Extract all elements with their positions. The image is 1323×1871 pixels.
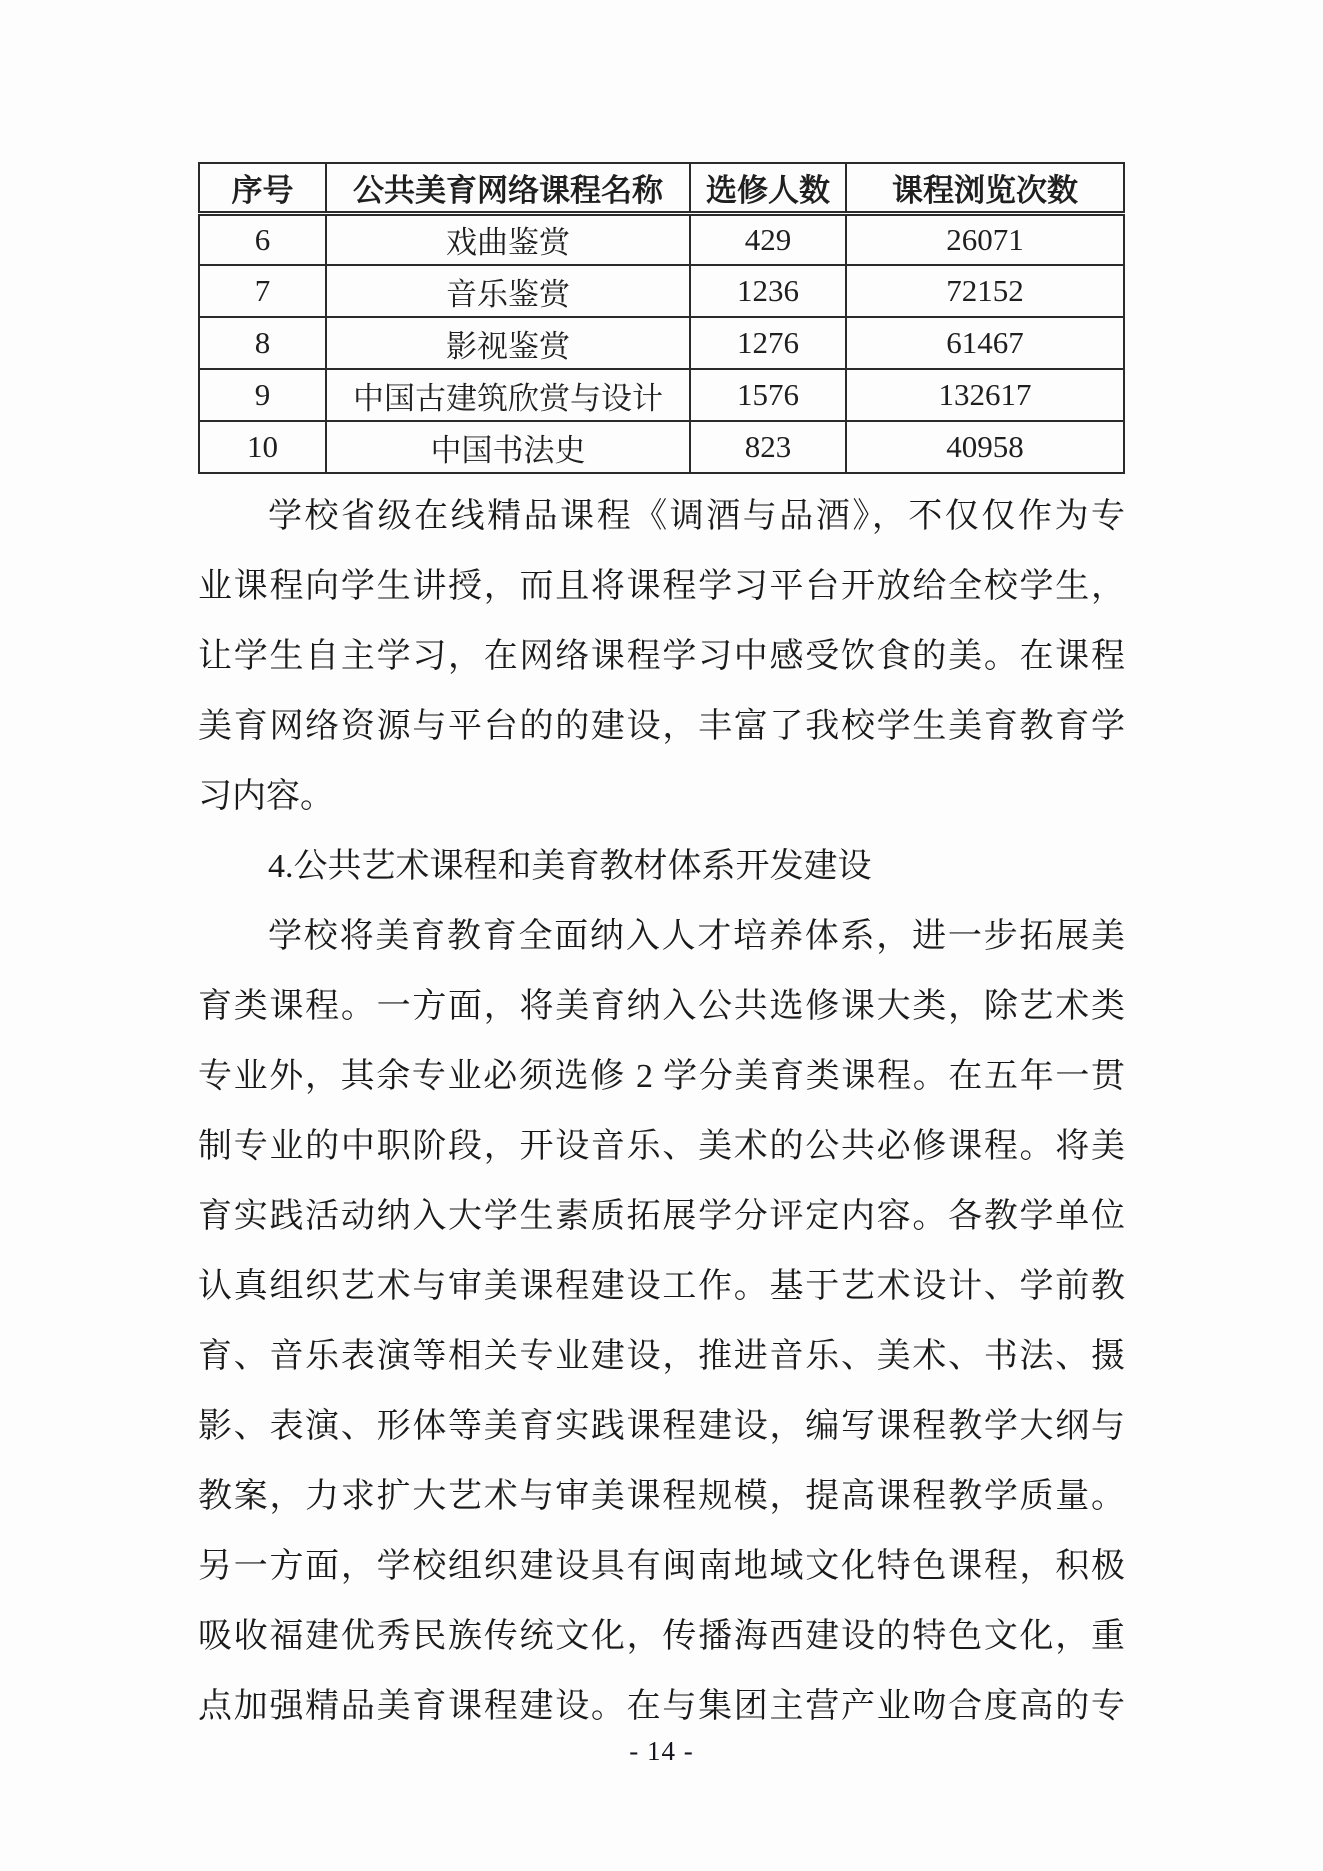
paragraph-line: 美育网络资源与平台的的建设，丰富了我校学生美育教育学 — [198, 692, 1125, 762]
cell-enrolled: 1576 — [690, 369, 846, 421]
cell-index: 7 — [199, 265, 326, 317]
paragraph-line: 育、音乐表演等相关专业建设，推进音乐、美术、书法、摄 — [198, 1322, 1125, 1392]
cell-views: 61467 — [846, 317, 1124, 369]
cell-course-name: 影视鉴赏 — [326, 317, 690, 369]
paragraph-line: 吸收福建优秀民族传统文化，传播海西建设的特色文化，重 — [198, 1602, 1125, 1672]
cell-views: 40958 — [846, 421, 1124, 473]
paragraph-line: 育实践活动纳入大学生素质拓展学分评定内容。各教学单位 — [198, 1182, 1125, 1252]
table-row: 7 音乐鉴赏 1236 72152 — [199, 265, 1124, 317]
document-page: 序号 公共美育网络课程名称 选修人数 课程浏览次数 6 戏曲鉴赏 429 260… — [0, 0, 1323, 1871]
paragraph-line: 认真组织艺术与审美课程建设工作。基于艺术设计、学前教 — [198, 1252, 1125, 1322]
table-row: 8 影视鉴赏 1276 61467 — [199, 317, 1124, 369]
paragraph-line: 习内容。 — [198, 762, 1125, 832]
paragraph-line: 业课程向学生讲授，而且将课程学习平台开放给全校学生， — [198, 552, 1125, 622]
cell-enrolled: 1276 — [690, 317, 846, 369]
paragraph-line: 另一方面，学校组织建设具有闽南地域文化特色课程，积极 — [198, 1532, 1125, 1602]
table-row: 10 中国书法史 823 40958 — [199, 421, 1124, 473]
table-row: 6 戏曲鉴赏 429 26071 — [199, 213, 1124, 265]
paragraph-line: 学校将美育教育全面纳入人才培养体系，进一步拓展美 — [198, 902, 1125, 972]
cell-views: 132617 — [846, 369, 1124, 421]
col-header-index: 序号 — [199, 163, 326, 213]
cell-index: 10 — [199, 421, 326, 473]
cell-enrolled: 429 — [690, 213, 846, 265]
page-number: - 14 - — [0, 1736, 1323, 1767]
cell-course-name: 中国古建筑欣赏与设计 — [326, 369, 690, 421]
paragraph-line: 点加强精品美育课程建设。在与集团主营产业吻合度高的专 — [198, 1672, 1125, 1742]
aesthetic-courses-table: 序号 公共美育网络课程名称 选修人数 课程浏览次数 6 戏曲鉴赏 429 260… — [198, 162, 1125, 474]
cell-views: 72152 — [846, 265, 1124, 317]
paragraph-line: 学校省级在线精品课程《调酒与品酒》，不仅仅作为专 — [198, 482, 1125, 552]
cell-enrolled: 823 — [690, 421, 846, 473]
cell-views: 26071 — [846, 213, 1124, 265]
paragraph-line: 教案，力求扩大艺术与审美课程规模，提高课程教学质量。 — [198, 1462, 1125, 1532]
col-header-enrolled: 选修人数 — [690, 163, 846, 213]
table-row: 9 中国古建筑欣赏与设计 1576 132617 — [199, 369, 1124, 421]
page-content: 序号 公共美育网络课程名称 选修人数 课程浏览次数 6 戏曲鉴赏 429 260… — [198, 162, 1125, 1742]
body-text: 学校省级在线精品课程《调酒与品酒》，不仅仅作为专 业课程向学生讲授，而且将课程学… — [198, 482, 1125, 1742]
section-heading: 4.公共艺术课程和美育教材体系开发建设 — [198, 832, 1125, 902]
cell-index: 9 — [199, 369, 326, 421]
col-header-views: 课程浏览次数 — [846, 163, 1124, 213]
cell-index: 8 — [199, 317, 326, 369]
cell-index: 6 — [199, 213, 326, 265]
cell-course-name: 中国书法史 — [326, 421, 690, 473]
cell-course-name: 戏曲鉴赏 — [326, 213, 690, 265]
col-header-course-name: 公共美育网络课程名称 — [326, 163, 690, 213]
cell-course-name: 音乐鉴赏 — [326, 265, 690, 317]
paragraph-line: 育类课程。一方面，将美育纳入公共选修课大类，除艺术类 — [198, 972, 1125, 1042]
cell-enrolled: 1236 — [690, 265, 846, 317]
paragraph-line: 让学生自主学习，在网络课程学习中感受饮食的美。在课程 — [198, 622, 1125, 692]
paragraph-line: 专业外，其余专业必须选修 2 学分美育类课程。在五年一贯 — [198, 1042, 1125, 1112]
paragraph-line: 制专业的中职阶段，开设音乐、美术的公共必修课程。将美 — [198, 1112, 1125, 1182]
paragraph-line: 影、表演、形体等美育实践课程建设，编写课程教学大纲与 — [198, 1392, 1125, 1462]
table-header-row: 序号 公共美育网络课程名称 选修人数 课程浏览次数 — [199, 163, 1124, 213]
